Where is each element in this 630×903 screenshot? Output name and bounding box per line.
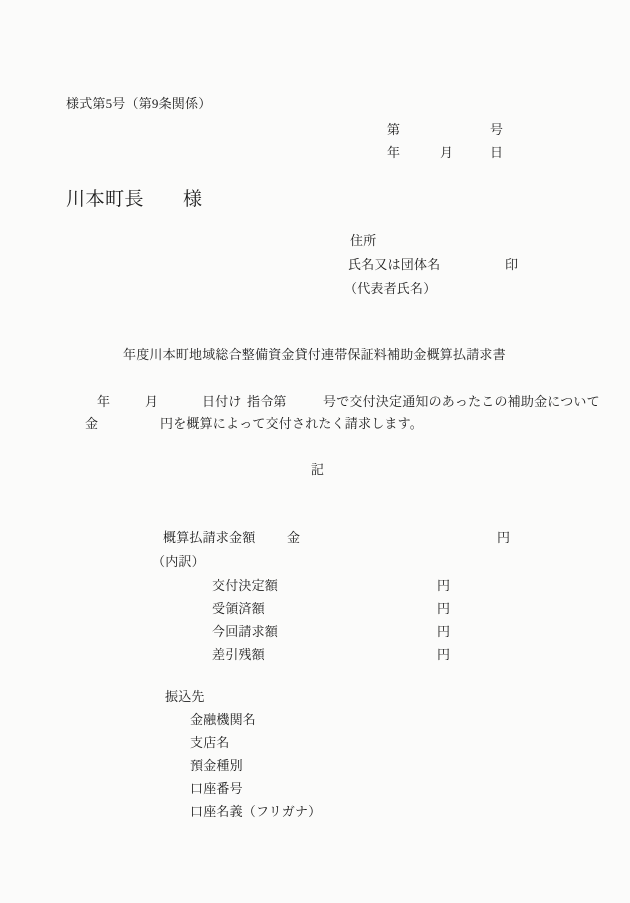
body-year-label: 年 [97,393,110,410]
breakdown-item-unit: 円 [437,600,450,617]
addressee-name: 川本町長 [66,188,144,211]
breakdown-item-label: 受領済額 [212,600,265,617]
request-amount-label: 概算払請求金額 [163,529,255,546]
request-amount-unit: 円 [497,529,510,546]
date-year-label: 年 [387,144,400,161]
sender-name-label: 氏名又は団体名 [348,256,440,273]
transfer-field-branch: 支店名 [190,734,230,751]
seal-mark: 印 [505,256,518,273]
document-page: 様式第5号（第9条関係） 第 号 年 月 日 川本町長 様 住所 氏名又は団体名… [0,0,630,903]
breakdown-item-label: 交付決定額 [212,577,278,594]
transfer-field-account-type: 預金種別 [190,757,243,774]
transfer-field-bank: 金融機関名 [190,711,256,728]
breakdown-item-unit: 円 [437,623,450,640]
ki-heading: 記 [311,461,324,478]
transfer-heading: 振込先 [165,688,205,705]
document-title: 年度川本町地域総合整備資金貸付連帯保証料補助金概算払請求書 [123,346,506,363]
body-directive-label: 指令第 [247,393,287,410]
breakdown-item-label: 今回請求額 [212,623,278,640]
addressee-honorific: 様 [183,188,203,211]
doc-number-prefix: 第 [387,121,400,138]
doc-number-suffix: 号 [490,121,503,138]
body-line1-text: 号で交付決定通知のあったこの補助金について [323,393,600,410]
date-month-label: 月 [440,144,453,161]
date-day-label: 日 [490,144,503,161]
request-amount-prefix: 金 [287,529,300,546]
form-number: 様式第5号（第9条関係） [66,95,211,112]
body-line2-text: 円を概算によって交付されたく請求します。 [160,415,423,432]
body-amount-prefix: 金 [85,415,98,432]
body-month-label: 月 [145,393,158,410]
transfer-field-account-number: 口座番号 [190,780,243,797]
transfer-field-account-name: 口座名義（フリガナ） [190,803,321,820]
breakdown-item-label: 差引残額 [212,646,265,663]
sender-representative-label: （代表者氏名） [344,280,436,297]
body-day-label: 日付け [202,393,242,410]
breakdown-item-unit: 円 [437,646,450,663]
breakdown-item-unit: 円 [437,577,450,594]
breakdown-label: （内訳） [152,553,205,570]
sender-address-label: 住所 [350,232,376,249]
